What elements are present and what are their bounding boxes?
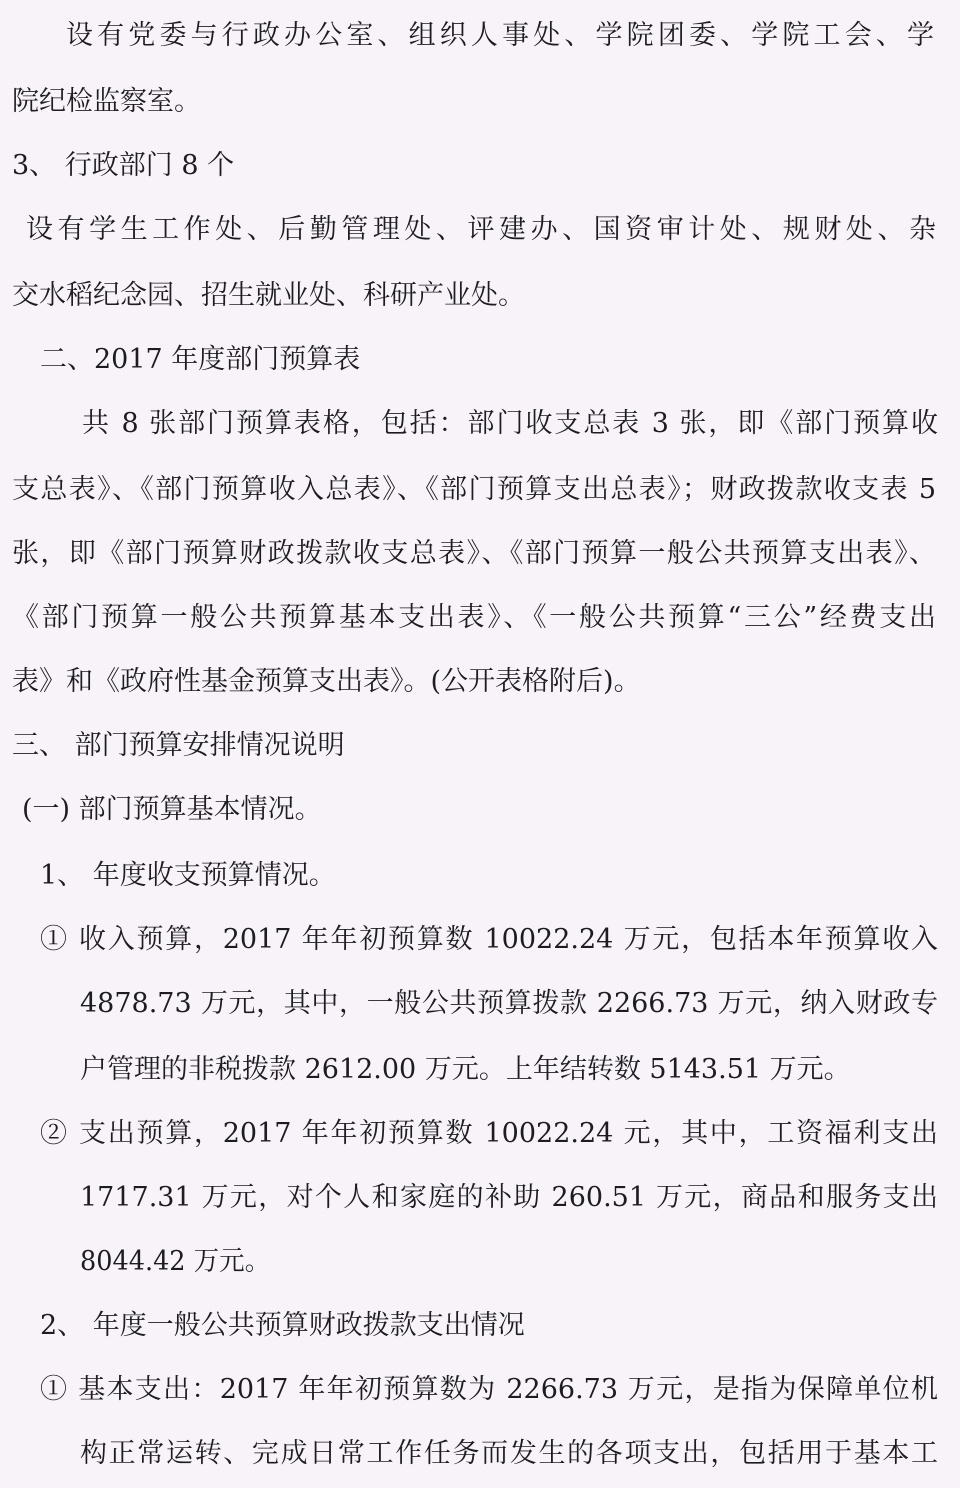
document-text-line: 《部门预算一般公共预算基本支出表》、《一般公共预算“三公”经费支出: [12, 598, 936, 638]
document-text-line: 共 8 张部门预算表格，包括：部门收支总表 3 张，即《部门预算收: [82, 404, 938, 444]
document-text-line: 3、 行政部门 8 个: [12, 146, 234, 186]
document-text-line: 设有学生工作处、后勤管理处、评建办、国资审计处、规财处、杂: [26, 210, 936, 250]
document-text-line: 1717.31 万元，对个人和家庭的补助 260.51 万元，商品和服务支出: [80, 1178, 938, 1218]
document-text-line: 设有党委与行政办公室、组织人事处、学院团委、学院工会、学: [66, 16, 934, 56]
document-text-line: 表》和《政府性基金预算支出表》。(公开表格附后)。: [12, 662, 641, 702]
document-text-line: 2、 年度一般公共预算财政拨款支出情况: [40, 1306, 525, 1346]
document-text-line: ① 基本支出：2017 年年初预算数为 2266.73 万元，是指为保障单位机: [40, 1370, 938, 1410]
document-text-line: 交水稻纪念园、招生就业处、科研产业处。: [12, 276, 525, 316]
document-text-line: 构正常运转、完成日常工作任务而发生的各项支出，包括用于基本工: [80, 1434, 938, 1474]
document-text-line: 支总表》、《部门预算收入总表》、《部门预算支出总表》；财政拨款收支表 5: [12, 470, 936, 510]
document-text-line: 三、 部门预算安排情况说明: [12, 726, 345, 766]
scanned-document-page: 设有党委与行政办公室、组织人事处、学院团委、学院工会、学院纪检监察室。3、 行政…: [0, 0, 960, 1488]
document-text-line: 8044.42 万元。: [80, 1242, 270, 1282]
document-text-line: ② 支出预算，2017 年年初预算数 10022.24 元，其中，工资福利支出: [40, 1114, 938, 1154]
document-text-line: 院纪检监察室。: [12, 82, 201, 122]
document-text-line: 1、 年度收支预算情况。: [40, 856, 336, 896]
document-text-line: (一) 部门预算基本情况。: [22, 790, 322, 830]
document-text-line: 张，即《部门预算财政拨款收支总表》、《部门预算一般公共预算支出表》、: [12, 534, 936, 574]
document-text-line: ① 收入预算，2017 年年初预算数 10022.24 万元，包括本年预算收入: [40, 920, 938, 960]
document-text-line: 户管理的非税拨款 2612.00 万元。上年结转数 5143.51 万元。: [80, 1050, 851, 1090]
document-text-line: 二、2017 年度部门预算表: [40, 340, 360, 380]
document-text-line: 4878.73 万元，其中，一般公共预算拨款 2266.73 万元，纳入财政专: [80, 984, 938, 1024]
